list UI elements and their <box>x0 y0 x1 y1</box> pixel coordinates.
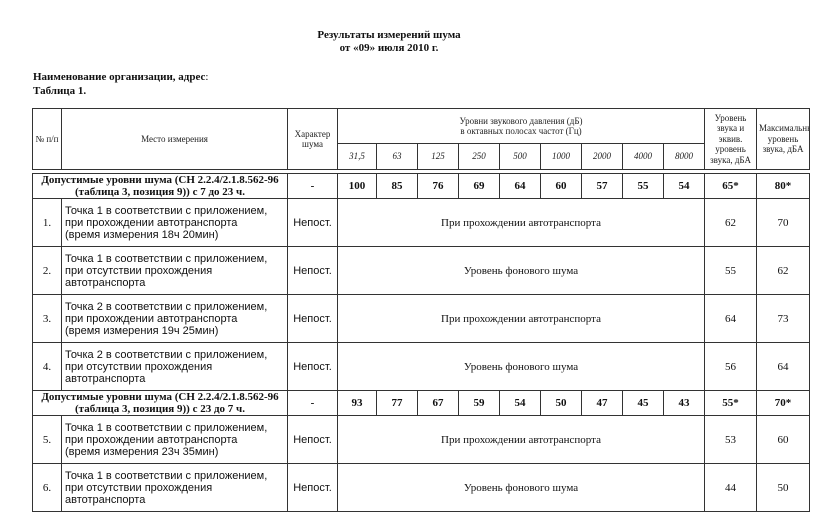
row-condition: Уровень фонового шума <box>338 247 705 295</box>
row-condition: При прохождении автотранспорта <box>338 416 705 464</box>
row-place-line: (время измерения 19ч 25мин) <box>65 325 285 337</box>
row-condition: Уровень фонового шума <box>338 343 705 391</box>
norm-row: Допустимые уровни шума (СН 2.2.4/2.1.8.5… <box>33 174 810 199</box>
norm-max: 80* <box>757 174 810 199</box>
header-frequency: 8000 <box>664 144 705 170</box>
header-frequency: 125 <box>418 144 459 170</box>
row-max: 64 <box>757 343 810 391</box>
row-equiv: 55 <box>705 247 757 295</box>
norm-equiv: 55* <box>705 391 757 416</box>
row-number: 5. <box>33 416 62 464</box>
header-max: Максимальный уровень звука, дБА <box>757 109 810 170</box>
row-max: 62 <box>757 247 810 295</box>
row-equiv: 44 <box>705 464 757 512</box>
row-place-line: автотранспорта <box>65 494 285 506</box>
header-levels: Уровни звукового давления (дБ) в октавны… <box>338 109 705 144</box>
row-equiv: 56 <box>705 343 757 391</box>
row-place-line: (время измерения 23ч 35мин) <box>65 446 285 458</box>
norm-value: 100 <box>338 174 377 199</box>
row-place-line: автотранспорта <box>65 373 285 385</box>
row-character: Непост. <box>288 247 338 295</box>
row-place: Точка 1 в соответствии с приложением,при… <box>62 247 288 295</box>
row-place-line: Точка 1 в соответствии с приложением, <box>65 470 285 482</box>
row-place-line: при прохождении автотранспорта <box>65 313 285 325</box>
title-line-2: от «09» июля 2010 г. <box>0 42 778 55</box>
header-frequency: 4000 <box>623 144 664 170</box>
norm-value: 76 <box>418 174 459 199</box>
norm-label: Допустимые уровни шума (СН 2.2.4/2.1.8.5… <box>33 391 288 416</box>
header-frequency: 500 <box>500 144 541 170</box>
title-line-1: Результаты измерений шума <box>0 29 778 42</box>
row-place: Точка 1 в соответствии с приложением,при… <box>62 199 288 247</box>
table-row: 1.Точка 1 в соответствии с приложением,п… <box>33 199 810 247</box>
header-frequency: 250 <box>459 144 500 170</box>
row-equiv: 53 <box>705 416 757 464</box>
norm-character: - <box>288 174 338 199</box>
row-character: Непост. <box>288 416 338 464</box>
row-character: Непост. <box>288 464 338 512</box>
document-title: Результаты измерений шума от «09» июля 2… <box>0 29 778 55</box>
row-place-line: Точка 1 в соответствии с приложением, <box>65 205 285 217</box>
row-place-line: при отсутствии прохождения <box>65 265 285 277</box>
norm-value: 69 <box>459 174 500 199</box>
row-condition: При прохождении автотранспорта <box>338 295 705 343</box>
row-place-line: при отсутствии прохождения <box>65 482 285 494</box>
norm-value: 47 <box>582 391 623 416</box>
row-place-line: Точка 1 в соответствии с приложением, <box>65 422 285 434</box>
organization-label-text: Наименование организации, адрес <box>33 71 205 83</box>
norm-value: 43 <box>664 391 705 416</box>
norm-row: Допустимые уровни шума (СН 2.2.4/2.1.8.5… <box>33 391 810 416</box>
row-place-line: (время измерения 18ч 20мин) <box>65 229 285 241</box>
row-max: 60 <box>757 416 810 464</box>
header-frequency: 1000 <box>541 144 582 170</box>
norm-value: 54 <box>664 174 705 199</box>
row-number: 6. <box>33 464 62 512</box>
norm-value: 50 <box>541 391 582 416</box>
row-place: Точка 2 в соответствии с приложением,при… <box>62 295 288 343</box>
row-character: Непост. <box>288 343 338 391</box>
header-levels-line-2: в октавных полосах частот (Гц) <box>340 126 702 137</box>
row-place-line: при прохождении автотранспорта <box>65 217 285 229</box>
table-row: 2.Точка 1 в соответствии с приложением,п… <box>33 247 810 295</box>
norm-value: 59 <box>459 391 500 416</box>
header-frequency: 63 <box>377 144 418 170</box>
measurement-table: Допустимые уровни шума (СН 2.2.4/2.1.8.5… <box>32 173 810 512</box>
table-row: 4.Точка 2 в соответствии с приложением,п… <box>33 343 810 391</box>
norm-value: 45 <box>623 391 664 416</box>
header-frequency: 31,5 <box>338 144 377 170</box>
norm-value: 85 <box>377 174 418 199</box>
norm-value: 55 <box>623 174 664 199</box>
row-place: Точка 1 в соответствии с приложением,при… <box>62 416 288 464</box>
norm-value: 60 <box>541 174 582 199</box>
norm-value: 64 <box>500 174 541 199</box>
norm-label-line: (таблица 3, позиция 9)) с 7 до 23 ч. <box>35 186 285 198</box>
table-row: 3.Точка 2 в соответствии с приложением,п… <box>33 295 810 343</box>
row-max: 73 <box>757 295 810 343</box>
header-character: Характер шума <box>288 109 338 170</box>
row-place-line: при отсутствии прохождения <box>65 361 285 373</box>
norm-equiv: 65* <box>705 174 757 199</box>
row-character: Непост. <box>288 199 338 247</box>
norm-character: - <box>288 391 338 416</box>
norm-value: 57 <box>582 174 623 199</box>
row-number: 4. <box>33 343 62 391</box>
norm-label-line: Допустимые уровни шума (СН 2.2.4/2.1.8.5… <box>35 391 285 403</box>
norm-label-line: Допустимые уровни шума (СН 2.2.4/2.1.8.5… <box>35 174 285 186</box>
norm-value: 54 <box>500 391 541 416</box>
row-number: 1. <box>33 199 62 247</box>
organization-colon: : <box>205 71 208 83</box>
table-header: № п/п Место измерения Характер шума Уров… <box>32 108 810 170</box>
row-equiv: 62 <box>705 199 757 247</box>
row-max: 50 <box>757 464 810 512</box>
norm-value: 93 <box>338 391 377 416</box>
row-place-line: Точка 2 в соответствии с приложением, <box>65 301 285 313</box>
row-condition: При прохождении автотранспорта <box>338 199 705 247</box>
row-number: 2. <box>33 247 62 295</box>
row-place: Точка 1 в соответствии с приложением,при… <box>62 464 288 512</box>
table-row: 6.Точка 1 в соответствии с приложением,п… <box>33 464 810 512</box>
header-num: № п/п <box>33 109 62 170</box>
row-place-line: при прохождении автотранспорта <box>65 434 285 446</box>
row-place-line: Точка 2 в соответствии с приложением, <box>65 349 285 361</box>
norm-value: 77 <box>377 391 418 416</box>
table-label: Таблица 1. <box>33 85 86 98</box>
row-condition: Уровень фонового шума <box>338 464 705 512</box>
row-place-line: Точка 1 в соответствии с приложением, <box>65 253 285 265</box>
table-row: 5.Точка 1 в соответствии с приложением,п… <box>33 416 810 464</box>
row-equiv: 64 <box>705 295 757 343</box>
organization-label: Наименование организации, адрес: <box>33 71 208 84</box>
norm-label: Допустимые уровни шума (СН 2.2.4/2.1.8.5… <box>33 174 288 199</box>
header-frequency: 2000 <box>582 144 623 170</box>
norm-value: 67 <box>418 391 459 416</box>
row-place-line: автотранспорта <box>65 277 285 289</box>
row-character: Непост. <box>288 295 338 343</box>
row-max: 70 <box>757 199 810 247</box>
header-equiv: Уровень звука и эквив. уровень звука, дБ… <box>705 109 757 170</box>
header-levels-line-1: Уровни звукового давления (дБ) <box>340 116 702 127</box>
norm-max: 70* <box>757 391 810 416</box>
header-place: Место измерения <box>62 109 288 170</box>
row-number: 3. <box>33 295 62 343</box>
norm-label-line: (таблица 3, позиция 9)) с 23 до 7 ч. <box>35 403 285 415</box>
row-place: Точка 2 в соответствии с приложением,при… <box>62 343 288 391</box>
